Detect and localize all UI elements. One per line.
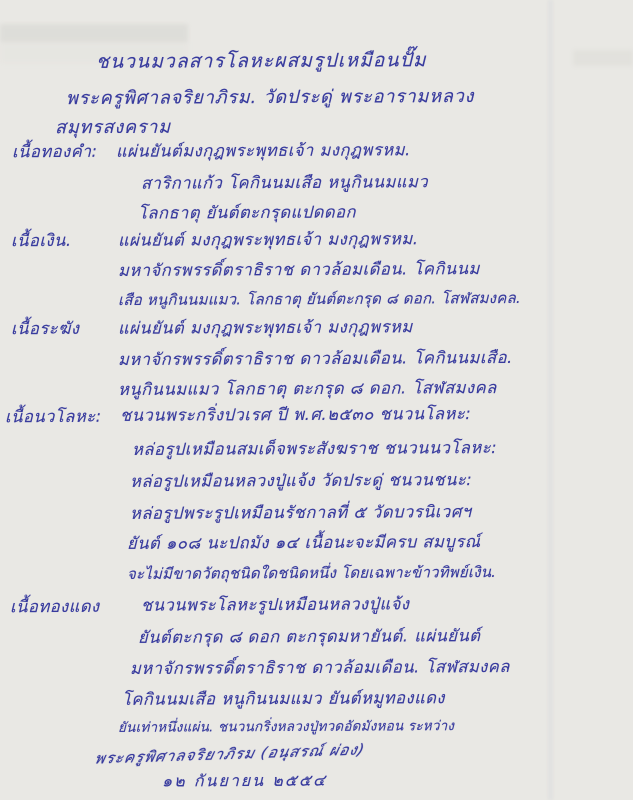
handwritten-line: มหาจักรพรรดิ์ตราธิราช ดาวล้อมเดือน. โคกิ… [118,256,480,284]
handwritten-line: มหาจักรพรรดิ์ตราธิราช ดาวล้อมเดือน. โสฬส… [130,654,510,682]
date: ๑๒ กันยายน ๒๕๕๔ [162,769,327,795]
handwritten-line: ชนวนพระโลหะรูปเหมือนหลวงปู่แจ้ง [141,591,410,618]
handwritten-line: มหาจักรพรรดิ์ตราธิราช ดาวล้อมเดือน. โคกิ… [118,345,513,373]
signature: พระครูพิศาลจริยาภิรม (อนุสรณ์ ผ่อง) [92,737,367,770]
document-title: ชนวนมวลสารโลหะผสมรูปเหมือนปั๊ม [96,45,427,77]
handwritten-line: โลกธาตุ ยันต์ตะกรุดแปดดอก [138,199,356,226]
section-label-gold: เนื้อทองคำ: [12,139,98,165]
scan-artifact-top-right [573,50,633,66]
section-label-copper: เนื้อทองแดง [10,594,100,620]
handwritten-line: แผ่นยันต์มงกุฎพระพุทธเจ้า มงกุฎพรหม. [116,137,411,165]
document-subtitle-temple: พระครูพิศาลจริยาภิรม. วัดประดู่ พระอาราม… [66,81,474,112]
handwritten-line: ยันต์ตะกรุด ๘ ดอก ตะกรุดมหายันต์. แผ่นยั… [138,623,481,651]
handwritten-line: หนูกินนมแมว โลกธาตุ ตะกรุด ๘ ดอก. โสฬสมง… [118,375,497,403]
handwritten-line: ยันเท่าหนึ่งแผ่น. ชนวนกริ่งหลวงปู่ทวดอัด… [118,714,454,738]
handwritten-line: แผ่นยันต์ มงกุฎพระพุทธเจ้า มงกุฎพรหม [118,314,413,342]
section-label-nava-loha: เนื้อนวโลหะ: [5,404,102,431]
handwritten-line: ชนวนพระกริ่งปวเรศ ปี พ.ศ.๒๕๓๐ ชนวนโลหะ: [120,401,471,429]
handwritten-document-page: ชนวนมวลสารโลหะผสมรูปเหมือนปั๊ม พระครูพิศ… [0,0,633,800]
handwritten-line: จะไม่มีขาดวัตถุชนิดใดชนิดหนึ่ง โดยเฉพาะข… [127,560,496,586]
handwritten-line: เสือ หนูกินนมแมว. โลกธาตุ ยันต์ตะกรุด ๘ … [118,286,521,312]
handwritten-line: หล่อรูปพระรูปเหมือนรัชกาลที่ ๕ วัดบวรนิเ… [130,499,472,527]
handwritten-line: แผ่นยันต์ มงกุฎพระพุทธเจ้า มงกุฎพรหม. [118,226,419,254]
handwritten-line: หล่อรูปเหมือนหลวงปู่แจ้ง วัดประดู่ ชนวนช… [130,467,472,495]
paper-fold-line [548,0,553,800]
handwritten-line: ยันต์ ๑๐๘ นะปถมัง ๑๔ เนื้อนะจะมีครบ สมบู… [127,529,481,557]
section-label-bell-metal: เนื้อระฆัง [11,316,79,342]
document-subtitle-province: สมุทรสงคราม [55,112,171,142]
handwritten-line: หล่อรูปเหมือนสมเด็จพระสังฆราช ชนวนนวโลหะ… [132,435,497,463]
handwritten-line: สาริกาแก้ว โคกินนมเสือ หนูกินนมแมว [141,169,428,197]
section-label-silver: เนื้อเงิน. [11,228,72,254]
handwritten-line: โคกินนมเสือ หนูกินนมแมว ยันต์หมูทองแดง [122,685,445,713]
